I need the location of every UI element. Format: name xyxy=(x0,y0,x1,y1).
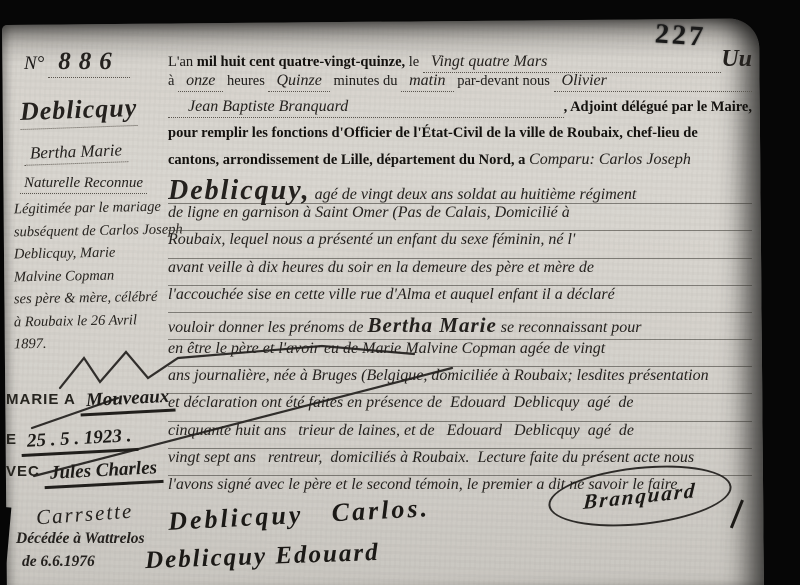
body-line: vouloir donner les prénoms de Bertha Mar… xyxy=(168,313,752,340)
marriage-stamp-row-1: MARIE A Mouveaux xyxy=(6,388,175,414)
legitimation-note: Légitimée par le mariagesubséquent de Ca… xyxy=(14,200,172,358)
margin-status-note: Naturelle Reconnue xyxy=(20,175,147,194)
handwritten-text: Vingt quatre Mars xyxy=(423,53,721,73)
handwritten-text: agé de vingt deux ans soldat au huitième… xyxy=(311,186,637,204)
officer-signature: Branquard xyxy=(583,477,698,514)
legitimation-note-line: Légitimée par le mariage xyxy=(14,199,172,224)
death-place-note: Décédée à Wattrelos xyxy=(16,530,145,548)
handwritten-text: vouloir donner les prénoms de xyxy=(168,319,368,337)
handwritten-text: Uu xyxy=(721,46,752,73)
handwritten-text: se reconnaissant pour xyxy=(497,319,642,337)
body-line: en être le père et l'avoir eu de Marie M… xyxy=(168,340,752,367)
act-body-text: L'an mil huit cent quatre-vingt-quinze, … xyxy=(168,46,752,502)
margin-family-name: Deblicquy xyxy=(19,93,137,130)
scan-background: 227 N° 886 Deblicquy Bertha Marie Nature… xyxy=(0,0,800,585)
handwritten-text: matin xyxy=(401,72,453,92)
printed-form-text: , Adjoint délégué par le Maire, xyxy=(564,99,752,116)
body-line: pour remplir les fonctions d'Officier de… xyxy=(168,125,752,151)
printed-form-text: pour remplir les fonctions d'Officier de… xyxy=(168,125,698,142)
body-line: à onze heures Quinze minutes du matin pa… xyxy=(168,72,752,98)
marriage-date-value: 25 . 5 . 1923 . xyxy=(20,425,138,457)
handwritten-text: cinquante huit ans trieur de laines, et … xyxy=(168,422,634,440)
printed-form-text: par-devant nous xyxy=(454,73,554,90)
handwritten-text: Deblicquy, xyxy=(168,177,311,205)
handwritten-text: l'accouchée sise en cette ville rue d'Al… xyxy=(168,286,615,304)
printed-form-text: heures xyxy=(223,73,268,90)
printed-form-text: le xyxy=(405,54,423,71)
body-line: cinquante huit ans trieur de laines, et … xyxy=(168,422,752,449)
handwritten-text: Comparu: Carlos Joseph xyxy=(529,151,691,169)
body-line: et déclaration ont été faites en présenc… xyxy=(168,394,752,421)
handwritten-text: en être le père et l'avoir eu de Marie M… xyxy=(168,340,605,358)
handwritten-text: Jean Baptiste Branquard xyxy=(168,98,564,118)
body-line: l'accouchée sise en cette ville rue d'Al… xyxy=(168,286,752,313)
body-line: Roubaix, lequel nous a présenté un enfan… xyxy=(168,231,752,258)
legitimation-note-line: subséquent de Carlos Joseph xyxy=(14,221,172,246)
legitimation-note-line: à Roubaix le 26 Avril xyxy=(14,311,172,336)
handwritten-text: de ligne en garnison à Saint Omer (Pas d… xyxy=(168,204,570,222)
stamp-label-le: E xyxy=(6,431,17,448)
handwritten-text: Bertha Marie xyxy=(368,313,497,338)
printed-form-text: L'an xyxy=(168,54,197,71)
spouse-name-value: Jules Charles xyxy=(43,457,163,489)
act-number-value: 886 xyxy=(48,48,130,78)
printed-form-text: à xyxy=(168,73,178,90)
stamp-label-avec: VEC xyxy=(6,463,40,480)
printed-form-text: mil huit cent quatre-vingt-quinze, xyxy=(197,54,405,71)
printed-form-text: minutes du xyxy=(330,73,401,90)
body-line: L'an mil huit cent quatre-vingt-quinze, … xyxy=(168,46,752,72)
body-line: de ligne en garnison à Saint Omer (Pas d… xyxy=(168,204,752,231)
stamp-label-marie-a: MARIE A xyxy=(6,391,76,408)
printed-form-text: cantons, arrondissement de Lille, départ… xyxy=(168,152,529,169)
handwritten-text: vingt sept ans rentreur, domiciliés à Ro… xyxy=(168,449,694,467)
legitimation-note-line: ses père & mère, célébré xyxy=(14,289,172,314)
handwritten-text: Quinze xyxy=(268,72,329,92)
body-line: Deblicquy, agé de vingt deux ans soldat … xyxy=(168,177,752,204)
act-number-row: N° 886 xyxy=(24,48,130,76)
legitimation-note-line: Deblicquy, Marie xyxy=(14,244,172,269)
marriage-place-value: Mouveaux xyxy=(79,386,176,417)
death-date-note: de 6.6.1976 xyxy=(22,553,95,571)
legitimation-note-line: Malvine Copman xyxy=(14,266,172,291)
body-line: ans journalière, née à Bruges (Belgique,… xyxy=(168,367,752,394)
handwritten-text: ans journalière, née à Bruges (Belgique,… xyxy=(168,367,709,385)
body-line: avant veille à dix heures du soir en la … xyxy=(168,259,752,286)
handwritten-text: Roubaix, lequel nous a présenté un enfan… xyxy=(168,231,575,249)
legitimation-note-line: 1897. xyxy=(14,334,172,359)
handwritten-text: et déclaration ont été faites en présenc… xyxy=(168,394,634,412)
body-line: Jean Baptiste Branquard, Adjoint délégué… xyxy=(168,98,752,124)
handwritten-text: Olivier xyxy=(554,72,752,92)
handwritten-text: onze xyxy=(178,72,223,92)
marriage-stamp-row-2: E 25 . 5 . 1923 . xyxy=(6,428,138,454)
act-number-label: N° xyxy=(24,53,44,74)
marriage-stamp-row-3: VEC Jules Charles xyxy=(6,460,163,486)
handwritten-text: avant veille à dix heures du soir en la … xyxy=(168,259,594,277)
margin-given-names: Bertha Marie xyxy=(24,140,129,166)
body-line: cantons, arrondissement de Lille, départ… xyxy=(168,151,752,177)
